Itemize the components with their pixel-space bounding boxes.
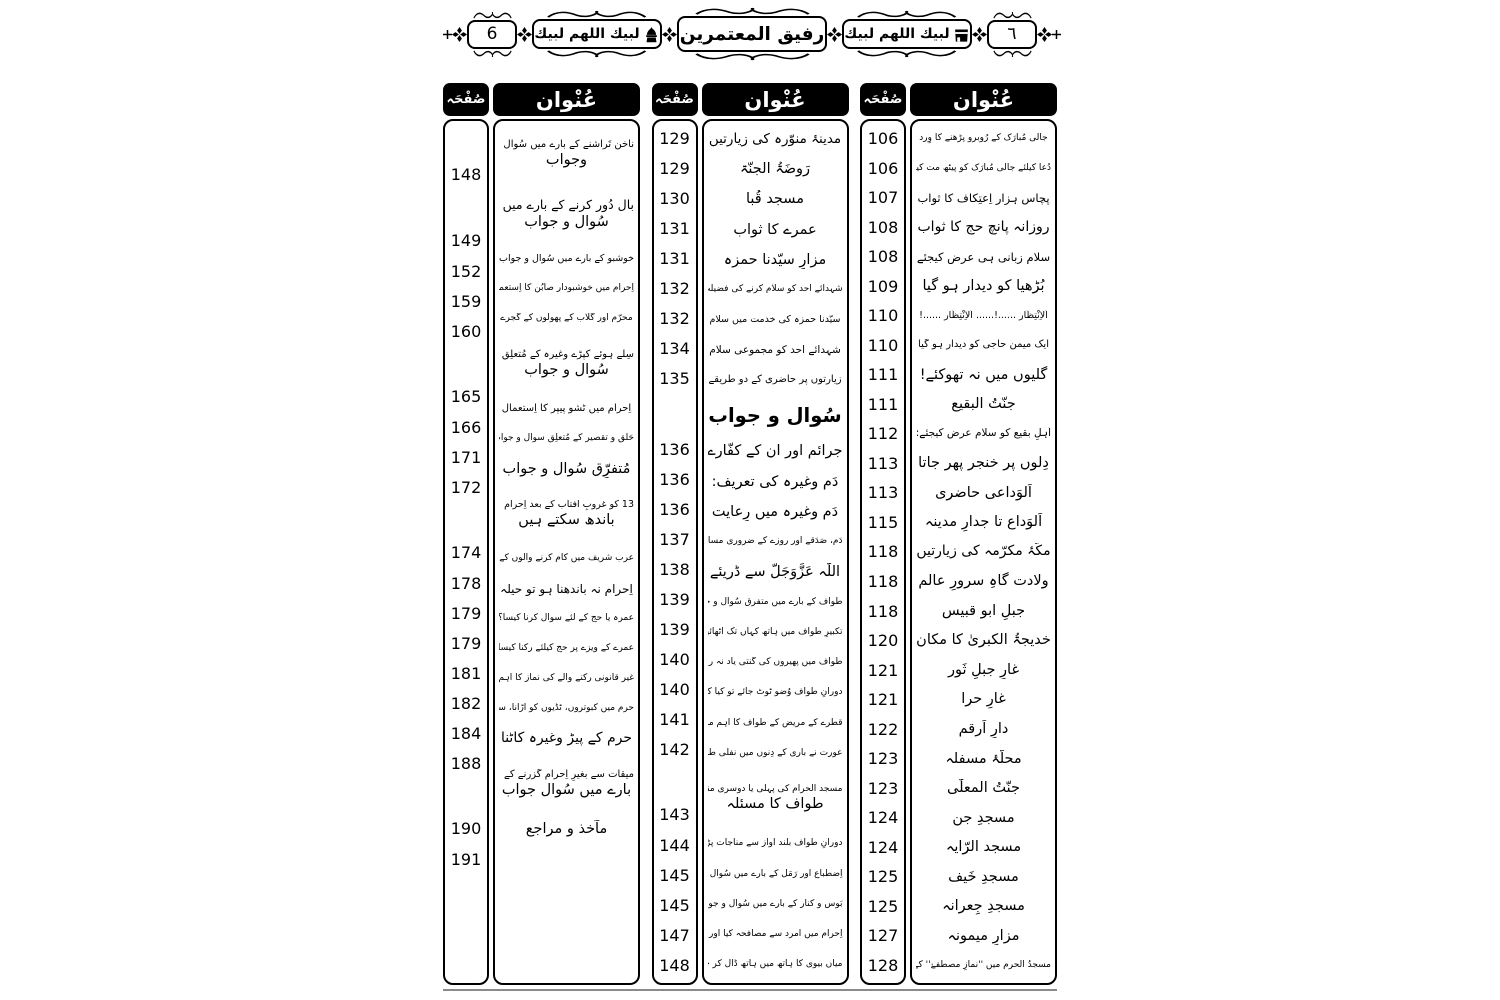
entry-title: اَلوَداعی حاضری	[916, 478, 1051, 508]
page-number-cell: 144	[654, 830, 696, 860]
entry-title: مدینۂ منوّرہ کی زیارتیں	[708, 124, 843, 154]
entry-title: اللّٰہ عَزَّوَجَلَّ سے ڈریئے	[708, 557, 843, 587]
page-number-cell: 132	[654, 304, 696, 334]
page-number-cell: 128	[862, 950, 904, 980]
entry-title: دارِ اَرقم	[916, 714, 1051, 744]
entry-title: گلیوں میں نہ تھوکئے!	[916, 360, 1051, 390]
entry-title: غارِ حرا	[916, 685, 1051, 715]
page-number-cell: 129	[654, 154, 696, 184]
entry-title: مسجدِ خَیف	[916, 862, 1051, 892]
entry-title: میقات سے بغیرِ اِحرام گزرنے کےبارے میں س…	[499, 754, 634, 814]
page-number-cell: 113	[862, 449, 904, 479]
entry-title: بُڑھیا کو دیدار ہو گیا	[916, 272, 1051, 302]
page-number-cell	[654, 394, 696, 434]
book-title-box: رفيق المعتمرين	[677, 7, 827, 61]
page-number-cell: 191	[445, 844, 487, 874]
page-number-cell: 139	[654, 584, 696, 614]
page-number-cell: 172	[445, 472, 487, 502]
page-number-cell: 149	[445, 190, 487, 256]
page-number-cell: 188	[445, 748, 487, 778]
entry-title: غارِ جبلِ ثَور	[916, 655, 1051, 685]
flourish-ornament	[993, 11, 1032, 20]
talbiyah-badge-right: لبيك اللهم لبيك	[842, 10, 972, 58]
entry-title: مسجد الرّایہ	[916, 832, 1051, 862]
entry-title: بَوس و کنار کے بارے میں سُوال و جواب	[708, 889, 843, 919]
entry-title: دِلوں پر خنجر پھر جاتا	[916, 449, 1051, 479]
page-numbers-box: 1061061071081081091101101111111121131131…	[860, 119, 906, 985]
page-number-cell: 123	[862, 744, 904, 774]
diamond-ornament-icon	[662, 27, 677, 42]
page-number-cell: 143	[654, 764, 696, 830]
page-number-cell: 142	[654, 734, 696, 764]
page-number-cell: 182	[445, 688, 487, 718]
page-number-cell: 129	[654, 124, 696, 154]
page-number-cell: 118	[862, 596, 904, 626]
entry-title: تکبیرِ طواف میں ہاتھ کہاں تک اُٹھائیں؟	[708, 618, 843, 648]
page-number-cell: 174	[445, 502, 487, 568]
entry-title: طواف کے بارے میں متفرق سُوال و جواب	[708, 587, 843, 617]
entry-title: پچاس ہزار اِعتِکاف کا ثواب	[916, 183, 1051, 213]
entry-title: بال دُور کرنے کے بارے میںسُوال و جواب	[499, 184, 634, 244]
talbiyah-text: لبيك اللهم لبيك	[534, 26, 639, 42]
section-heading: سُوال و جواب	[708, 396, 843, 437]
page-number-cell: 120	[862, 626, 904, 656]
diamond-ornament-icon	[452, 27, 467, 42]
entry-title: اِضطباع اور رَمَل کے بارے میں سُوال و جو…	[708, 859, 843, 889]
page-number-cell: 108	[862, 242, 904, 272]
page-number-cell: 179	[445, 598, 487, 628]
entry-title: محلّۂ مسفلہ	[916, 744, 1051, 774]
page-header-cell: صُفْحَہ	[443, 83, 489, 116]
page-number-cell: 110	[862, 301, 904, 331]
entry-title: عمرے کا ثواب	[708, 215, 843, 245]
entry-title: اِحرام نہ باندھنا ہو تو حیلہ	[499, 574, 634, 604]
page-number-cell: 135	[654, 364, 696, 394]
entry-title: شہدائے اُحد کو مجموعی سلام	[708, 335, 843, 365]
column-body: 1061061071081081091101101111111121131131…	[860, 119, 1057, 985]
column-header: صُفْحَہ عُنْوان	[443, 83, 640, 116]
entry-title: دورانِ طواف وُضو ٹوٹ جائے تو کیا کرے؟	[708, 678, 843, 708]
page-number-cell: 137	[654, 524, 696, 554]
page-number-cell: 113	[862, 478, 904, 508]
entry-title: اَہلِ بقیع کو سلام عرض کیجئے:	[916, 419, 1051, 449]
page-number-cell: 131	[654, 244, 696, 274]
entry-title: مسجد الحرام کی پہلی یا دوسری منزل سےطواف…	[708, 769, 843, 829]
page-number-cell: 121	[862, 685, 904, 715]
entry-title: حرم میں کبوتروں، ٹڈیوں کو اڑانا، ستانا	[499, 694, 634, 724]
toc-column-right: صُفْحَہ عُنْوان 106106107108108109110110…	[860, 83, 1057, 985]
entry-title: مسجدِ جِعرانہ	[916, 891, 1051, 921]
flourish-ornament	[856, 10, 957, 19]
entry-title: مزارِ میمونہ	[916, 921, 1051, 951]
titles-box: جالی مُبارَک کے رُوبرو پڑھنے کا وِرددُعا…	[910, 119, 1057, 985]
entry-title: ولادت گاہِ سرورِ عالم	[916, 567, 1051, 597]
entry-title: ناخن تَراشنے کے بارے میں سُوالوجواب	[499, 124, 634, 184]
page-number-cell: 184	[445, 718, 487, 748]
page-number-cell: 136	[654, 464, 696, 494]
entry-title: دَم، صَدَقے اور روزے کے ضروری مسائل	[708, 527, 843, 557]
entry-title: مآخذ و مراجع	[499, 814, 634, 844]
page-number-cell: 148	[445, 124, 487, 190]
entry-title: دَم وغیرہ میں رِعایت	[708, 497, 843, 527]
page-number-cell: 118	[862, 537, 904, 567]
page-number-cell: 190	[445, 778, 487, 844]
page-number-cell: 107	[862, 183, 904, 213]
page-number-box-west: 6	[467, 11, 517, 58]
diamond-ornament-icon	[517, 27, 532, 42]
page-number-cell: 111	[862, 390, 904, 420]
entry-title: سِلے ہوئے کپڑے وغیرہ کے مُتعلِّقسُوال و …	[499, 334, 634, 394]
entry-title: جبلِ ابو قبیس	[916, 596, 1051, 626]
flourish-ornament	[694, 52, 811, 61]
page-number-cell: 127	[862, 921, 904, 951]
entry-title: میاں بیوی کا ہاتھ میں ہاتھ ڈال کر چلنا	[708, 950, 843, 980]
page-header-cell: صُفْحَہ	[860, 83, 906, 116]
title-header-cell: عُنْوان	[493, 83, 640, 116]
entry-title: حَلق و تقصیر کے مُتعلِّق سوال و جواب	[499, 424, 634, 454]
entry-title: اِحرام میں خوشبودار صابُن کا اِستعمال	[499, 274, 634, 304]
page-number-cell: 171	[445, 442, 487, 472]
entry-title: خدیجۃُ الکبریٰ کا مکان	[916, 626, 1051, 656]
flourish-ornament	[473, 11, 512, 20]
entry-title: عمرہ یا حج کے لئے سوال کرنا کیسا؟	[499, 604, 634, 634]
toc-column-left: صُفْحَہ عُنْوان 148149152159160165166171…	[443, 83, 640, 985]
page-numbers-box: 1481491521591601651661711721741781791791…	[443, 119, 489, 985]
kaaba-icon	[953, 26, 970, 43]
entry-title: دورانِ طواف بلند آواز سے مناجات پڑھنا کی…	[708, 829, 843, 859]
page-number-cell: 106	[862, 154, 904, 184]
page-number-cell: 131	[654, 214, 696, 244]
page-number-cell: 108	[862, 213, 904, 243]
page-number-cell: 125	[862, 862, 904, 892]
column-body: 1481491521591601651661711721741781791791…	[443, 119, 640, 985]
page-number-cell: 136	[654, 434, 696, 464]
talbiyah-badge-left: لبيك اللهم لبيك	[532, 10, 662, 58]
entry-title: سیّدنا حمزہ کی خدمت میں سلام	[708, 305, 843, 335]
page-number-box-arabic: ٦	[987, 11, 1037, 58]
page-number-cell: 136	[654, 494, 696, 524]
page-number-cell: 109	[862, 272, 904, 302]
entry-title: مکّۂ مکرّمہ کی زیارتیں	[916, 537, 1051, 567]
page-number-cell: 124	[862, 803, 904, 833]
page-number-cell: 181	[445, 658, 487, 688]
page-number-cell: 123	[862, 773, 904, 803]
entry-title: مسجد قُبا	[708, 184, 843, 214]
page-number-cell: 179	[445, 628, 487, 658]
entry-title: حرم کے پیڑ وغیرہ کاٹنا	[499, 724, 634, 754]
page-number-cell: 115	[862, 508, 904, 538]
entry-title: جنّتُ المعلّٰی	[916, 773, 1051, 803]
page-number-cell: 132	[654, 274, 696, 304]
page-number-cell: 106	[862, 124, 904, 154]
page-number-cell: 145	[654, 860, 696, 890]
entry-title: اَلْاِنْتِظَار ......!...... اَلْاِنْتِظ…	[916, 301, 1051, 331]
page-header-band: 6 لبيك اللهم لبيك رفيق المعتمرين لبيك ال…	[443, 8, 1057, 60]
page-number-cell: 124	[862, 832, 904, 862]
page-number-cell: 148	[654, 950, 696, 980]
column-header: صُفْحَہ عُنْوان	[652, 83, 849, 116]
entry-title: جالی مُبارَک کے رُوبرو پڑھنے کا وِرد	[916, 124, 1051, 154]
page-number-cell: 140	[654, 674, 696, 704]
page-number-cell: 178	[445, 568, 487, 598]
page-number-cell: 134	[654, 334, 696, 364]
entry-title: روزانہ پانچ حج کا ثواب	[916, 213, 1051, 243]
flourish-ornament	[546, 10, 647, 19]
diamond-ornament-icon	[972, 27, 987, 42]
entry-title: دَم وغیرہ کی تعریف:	[708, 467, 843, 497]
talbiyah-text: لبيك اللهم لبيك	[844, 26, 949, 42]
entry-title: ایک میمن حاجی کو دیدار ہو گیا	[916, 331, 1051, 361]
entry-title: خوشبو کے بارے میں سُوال و جواب	[499, 244, 634, 274]
flourish-ornament	[546, 49, 647, 58]
flourish-ornament	[993, 49, 1032, 58]
page-number-cell: 166	[445, 412, 487, 442]
entry-title: زیارتوں پر حاضری کے دو طریقے	[708, 366, 843, 396]
page-header-cell: صُفْحَہ	[652, 83, 698, 116]
entry-title: جرائم اور ان کے کفّارے	[708, 436, 843, 466]
diamond-ornament-icon	[1037, 27, 1052, 42]
cross-ornament-icon	[443, 30, 452, 39]
entry-title: غیر قانونی رکنے والے کی نماز کا اہم مسئل…	[499, 664, 634, 694]
page-numbers-box: 1291291301311311321321341351361361361371…	[652, 119, 698, 985]
mosque-dome-icon	[643, 26, 660, 43]
entry-title: رَوضَۃُ الجنّۃ	[708, 154, 843, 184]
entry-title: قطرے کے مریض کے طواف کا اَہم مسئلہ	[708, 708, 843, 738]
toc-column-middle: صُفْحَہ عُنْوان 129129130131131132132134…	[652, 83, 849, 985]
cross-ornament-icon	[1052, 30, 1061, 39]
entry-title: شہدائے اُحد کو سلام کرنے کی فضیلت	[708, 275, 843, 305]
toc-columns: صُفْحَہ عُنْوان 106106107108108109110110…	[443, 83, 1057, 985]
book-page: 6 لبيك اللهم لبيك رفيق المعتمرين لبيك ال…	[443, 8, 1057, 991]
page-number-cell: 122	[862, 714, 904, 744]
book-title: رفيق المعتمرين	[680, 24, 825, 45]
flourish-ornament	[856, 49, 957, 58]
entry-title: عمرے کے ویزے پر حج کیلئے رکنا کیسا؟	[499, 634, 634, 664]
page-bottom-rule	[443, 989, 1057, 991]
entry-title: مُتفرِّق سُوال و جواب	[499, 454, 634, 484]
page-number-cell: 118	[862, 567, 904, 597]
page-number-cell: 130	[654, 184, 696, 214]
entry-title: مزارِ سیّدنا حمزہ	[708, 245, 843, 275]
entry-title: جنّتُ البقیع	[916, 390, 1051, 420]
title-header-cell: عُنْوان	[702, 83, 849, 116]
page-number-cell: 110	[862, 331, 904, 361]
page-number-cell: 121	[862, 655, 904, 685]
page-number-cell: 139	[654, 614, 696, 644]
page-number-cell: 140	[654, 644, 696, 674]
page-number-cell: 159	[445, 286, 487, 316]
entry-title: مسجدُ الحرم میں ''نمازِ مصطفےٰ'' کے 11 م…	[916, 950, 1051, 980]
entry-title: طواف میں پھیروں کی گنتی یاد نہ رہی تو؟	[708, 648, 843, 678]
page-number-cell: 165	[445, 346, 487, 412]
titles-box: مدینۂ منوّرہ کی زیارتیںرَوضَۃُ الجنّۃمسج…	[702, 119, 849, 985]
page-number-cell: 147	[654, 920, 696, 950]
column-header: صُفْحَہ عُنْوان	[860, 83, 1057, 116]
flourish-ornament	[694, 7, 811, 16]
entry-title: اِحرام میں اَمرد سے مصافحہ کیا اور ...؟	[708, 919, 843, 949]
page-number-cell: 141	[654, 704, 696, 734]
entry-title: عورت نے باری کے دِنوں میں نفلی طواف کر ل…	[708, 738, 843, 768]
entry-title: اِحرام میں ٹشو پیپر کا اِستعمال	[499, 394, 634, 424]
entry-title: عرب شریف میں کام کرنے والوں کے لئے	[499, 544, 634, 574]
flourish-ornament	[473, 49, 512, 58]
page-number-arabic: ٦	[1007, 24, 1016, 44]
page-number-west: 6	[487, 24, 498, 44]
entry-title: مسجدِ جن	[916, 803, 1051, 833]
page-number-cell: 111	[862, 360, 904, 390]
entry-title: دُعا کیلئے جالی مُبارَک کو پیٹھ مت کیجئے	[916, 154, 1051, 184]
column-body: 1291291301311311321321341351361361361371…	[652, 119, 849, 985]
entry-title: اَلوَداع تا جدارِ مدینہ	[916, 508, 1051, 538]
entry-title: 13 کو غروبِ آفتاب کے بعد اِحرامباندھ سکت…	[499, 484, 634, 544]
page-number-cell: 138	[654, 554, 696, 584]
entry-title: محرّم اور گلاب کے پھولوں کے گجرے	[499, 304, 634, 334]
page-number-cell: 152	[445, 256, 487, 286]
page-number-cell: 145	[654, 890, 696, 920]
page-number-cell: 160	[445, 316, 487, 346]
diamond-ornament-icon	[827, 27, 842, 42]
title-header-cell: عُنْوان	[910, 83, 1057, 116]
page-number-cell: 125	[862, 891, 904, 921]
page-number-cell: 112	[862, 419, 904, 449]
titles-box: ناخن تَراشنے کے بارے میں سُوالوجواببال د…	[493, 119, 640, 985]
entry-title: سلام زبانی ہی عرض کیجئے	[916, 242, 1051, 272]
